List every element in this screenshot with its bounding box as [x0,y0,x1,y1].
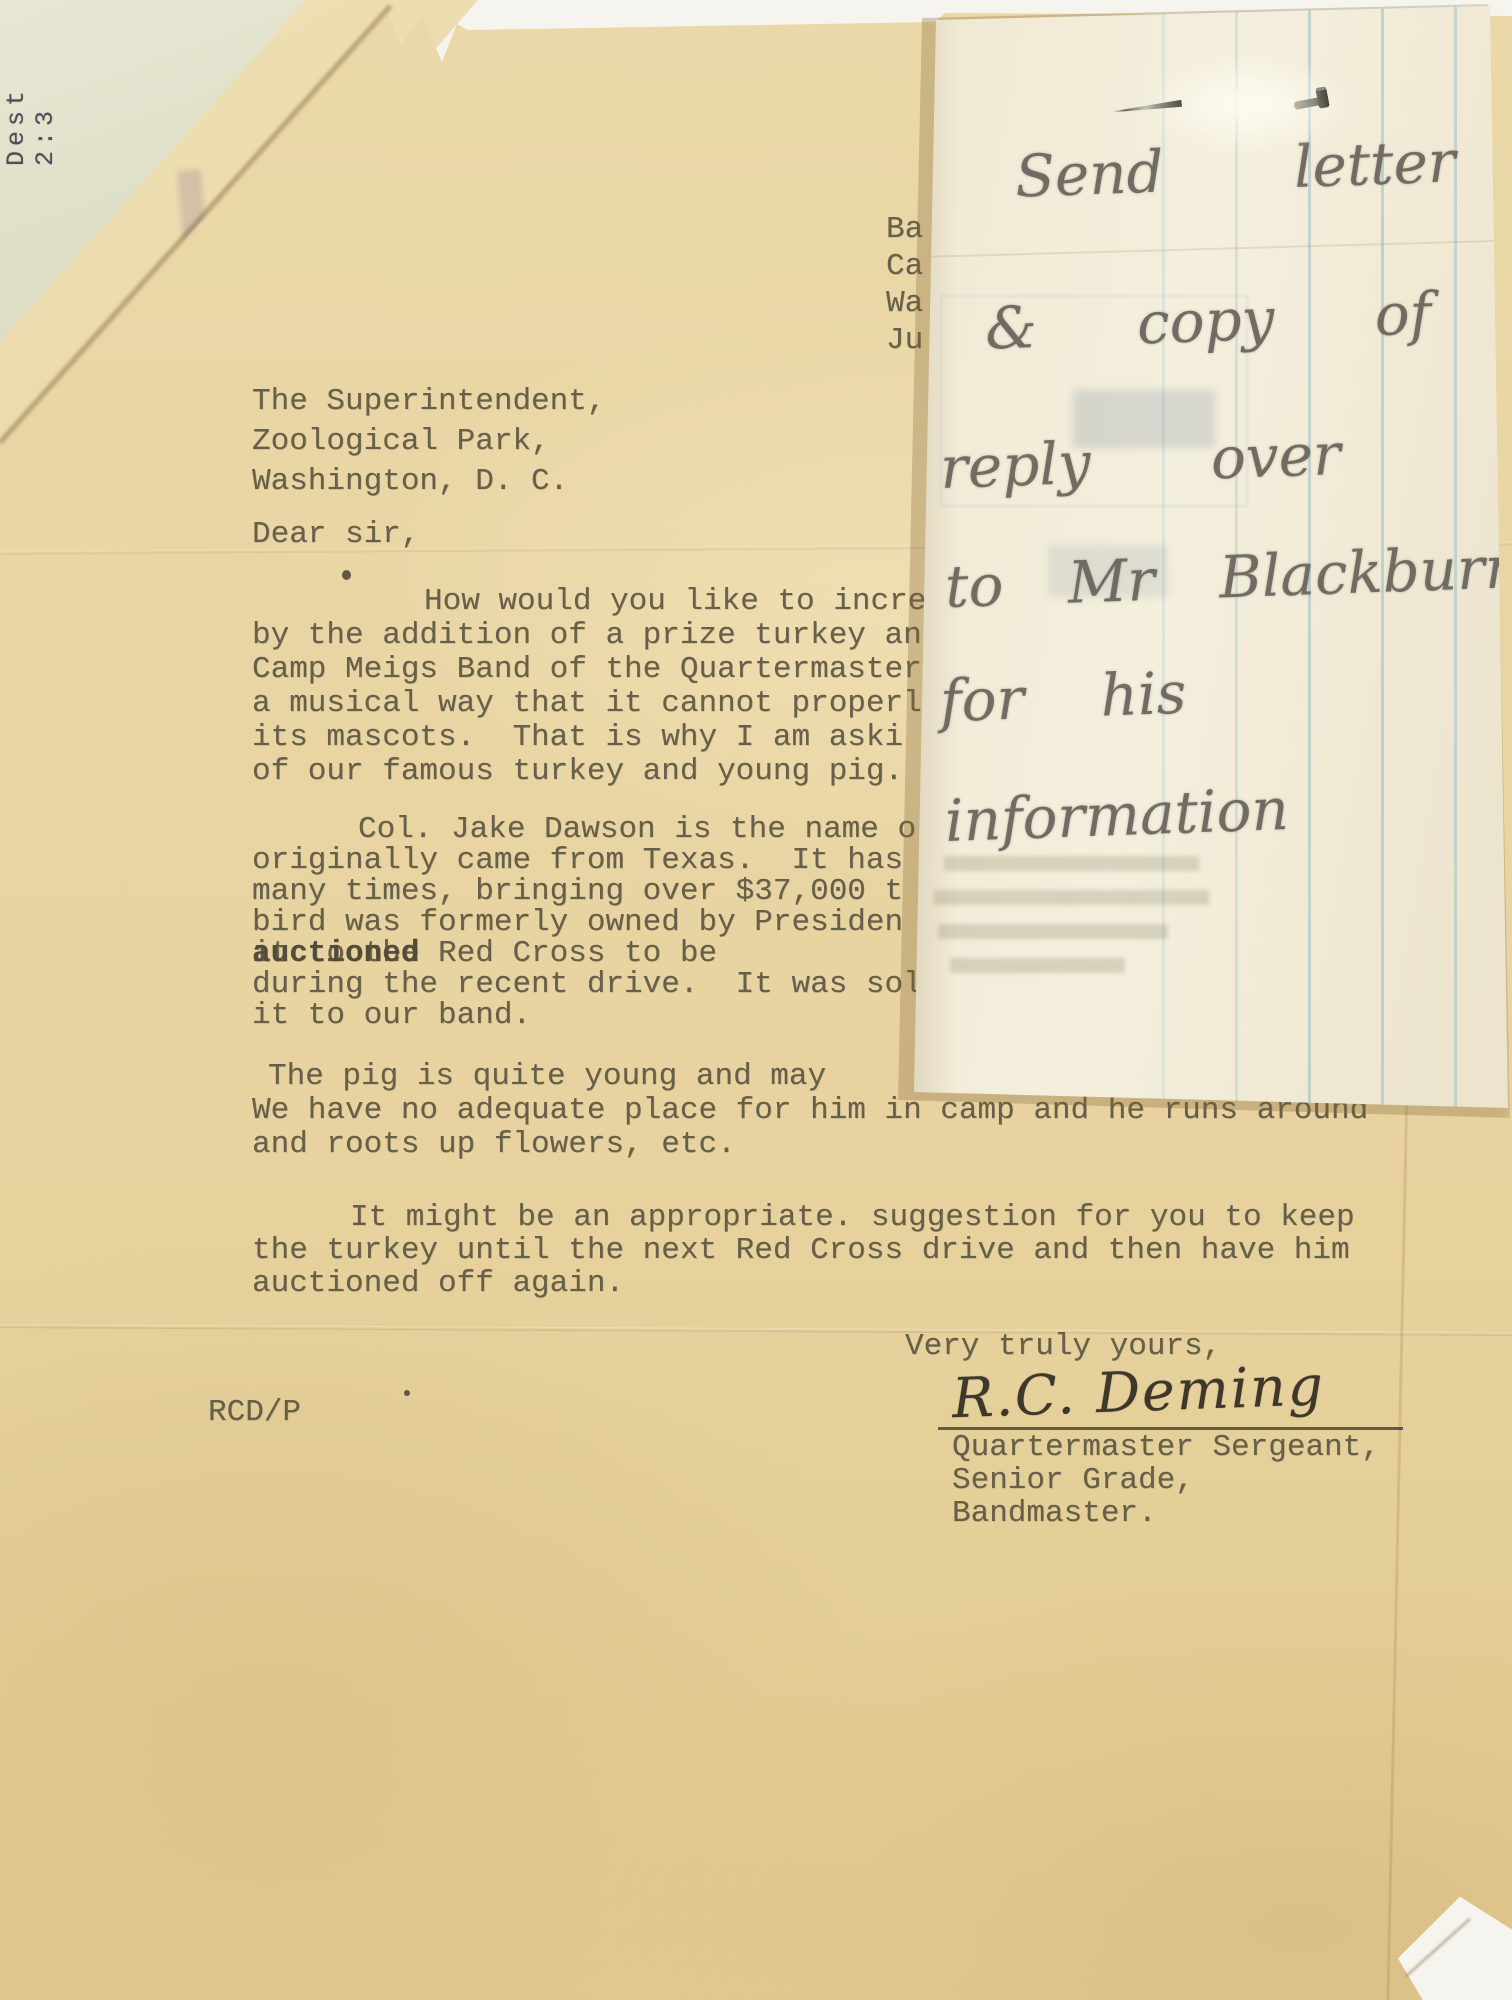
recipient-line: Zoological Park, [252,425,550,459]
handwriting-line: information [944,780,1290,850]
body-line: It might be an appropriate. suggestion f… [350,1201,1355,1235]
body-line: of our famous turkey and young pig. [252,755,903,789]
reference-initials: RCD/P [208,1396,301,1430]
ghost-typed-line [950,958,1125,973]
body-line: many times, bringing over $37,000 t [252,875,903,909]
stray-ink-dot [342,570,351,580]
body-line: and roots up flowers, etc. [252,1128,736,1162]
scanned-document: Dest 2:3 Ba Ca Wa Ju The Superintendent,… [0,0,1512,2000]
body-line: during the recent drive. It was sol [252,968,922,1002]
handwriting-line: & copy of [984,284,1432,358]
signature-block-line: Senior Grade, [952,1464,1194,1498]
recipient-line: Washington, D. C. [252,465,568,499]
body-line: the turkey until the next Red Cross driv… [252,1234,1350,1268]
fold-crease [0,1324,1512,1336]
body-line: How would you like to incre [424,585,926,619]
signature-block-line: Bandmaster. [952,1497,1157,1531]
body-line: Col. Jake Dawson is the name o [358,813,916,847]
note-crease [918,240,1498,258]
body-line: auctioned off again. [252,1267,624,1301]
signature-block-line: Quartermaster Sergeant, [952,1431,1380,1465]
body-line: The pig is quite young and may [268,1060,826,1094]
ghost-typed-line [938,924,1168,939]
body-line: Camp Meigs Band of the Quartermaster [252,653,922,687]
handwriting-line: for his [939,664,1187,731]
body-line: it to our band. [252,999,531,1033]
body-line: originally came from Texas. It has [252,844,903,878]
fold-crease-vertical [1386,1080,1408,2000]
body-line: bird was formerly owned by Presiden [252,906,903,940]
body-line: by the addition of a prize turkey an [252,619,922,653]
vertical-stamp-text: Dest 2:3 [2,6,36,166]
ghost-typed-line [944,856,1199,871]
pinned-note: Send letter & copy of reply over to Mr B… [898,0,1512,1125]
bold-word-auctioned: auctioned [252,937,419,971]
body-line: a musical way that it cannot properl [252,687,922,721]
handwriting-line: reply over [939,425,1341,497]
salutation: Dear sir, [252,518,419,552]
stray-ink-dot [404,1390,410,1396]
recipient-line: The Superintendent, [252,385,605,419]
body-line: its mascots. That is why I am aski [252,721,903,755]
ghost-typed-line [934,890,1209,905]
handwriting-line: to Mr Blackburn [944,538,1512,616]
